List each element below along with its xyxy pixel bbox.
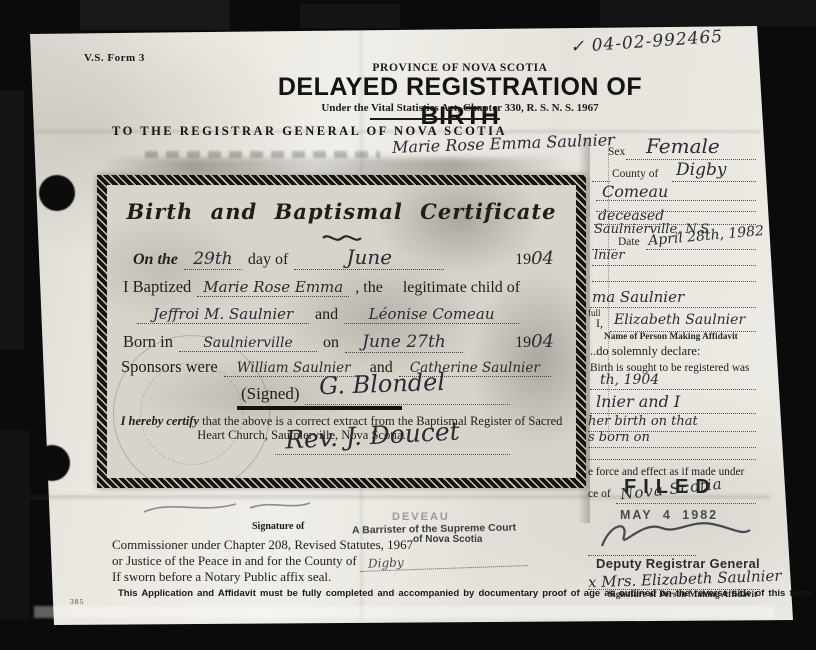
year-print: 19 [515,251,531,268]
document-subtitle: Under the Vital Statistics Act, Chapter … [240,102,680,114]
baptism-month-handwritten: June [294,245,444,270]
partial-name-1: lnier [594,248,625,263]
born-in-label: Born in [123,332,173,352]
title-rule [370,118,500,120]
scan-bed-patch [0,90,24,350]
justice-text: or Justice of the Peace in and for the C… [112,553,357,568]
partial-phrase-1: lnier and I [596,392,680,411]
year-1904-handwritten: th, 1904 [600,372,659,388]
signature-of-label: Signature of [252,521,304,532]
certificate-born-line: Born in Saulnierville on June 27th 1904 [107,331,576,353]
and-label: and [315,306,338,324]
signature-rule [237,406,402,410]
form-number: V.S. Form 3 [84,52,145,64]
signed-label: (Signed) [241,384,300,404]
empty-dotted-line [592,280,756,282]
on-the-label: On the [133,251,178,269]
scan-bed-patch [300,4,400,28]
certificate-date-line: On the 29th day of June 1904 [107,245,576,270]
commissioner-line: Commissioner under Chapter 208, Revised … [112,537,413,553]
baptized-label: I Baptized [123,277,191,297]
year-handwritten: 04 [531,248,554,269]
legitimate-child-label: legitimate child of [403,279,520,297]
date-label: Date [618,236,640,248]
certify-bold: I hereby certify [121,414,199,428]
child-name-handwritten: Marie Rose Emma [197,278,349,297]
barrister-stamp-name-partial: DEVEAU [392,511,450,523]
partial-phrase-2: her birth on that [588,414,698,429]
footer-instruction: This Application and Affidavit must be f… [118,588,788,599]
affiant-name-handwritten: Elizabeth Saulnier [614,312,745,328]
birth-place-handwritten: Saulnierville [179,335,317,352]
on-label: on [323,334,339,352]
i-label: I, [596,316,603,331]
punch-hole-top [39,175,75,211]
partial-phrase-3: s born on [588,430,650,445]
baptismal-certificate: Birth and Baptismal Certificate On the 2… [97,175,586,488]
sex-label: Sex [608,146,625,158]
birth-year-handwritten: 04 [531,331,554,352]
page-number: 385 [70,597,84,606]
mother-name-handwritten: Léonise Comeau [344,305,519,324]
certificate-title: Birth and Baptismal Certificate [107,199,576,224]
county-label: County of [612,168,658,180]
birth-year-print: 19 [515,334,531,351]
sex-value-handwritten: Female [646,134,720,158]
ce-of-label: ce of [588,488,611,500]
punch-hole-bottom [34,445,70,481]
certificate-baptized-line: I Baptized Marie Rose Emma , the legitim… [107,277,576,297]
declare-text: ..do solemnly declare: [590,344,700,359]
county-value-handwritten: Digby [676,160,726,180]
notary-line: If sworn before a Notary Public affix se… [112,569,331,585]
empty-dotted-line [588,458,756,460]
priest-signature: G. Blondel [319,368,446,400]
affiant-name-sublabel: Name of Person Making Affidavit [604,332,738,342]
crossed-out-signature-scrawl [140,496,340,520]
deputy-registrar-signature [592,514,754,558]
scanned-document: V.S. Form 3 PROVINCE OF NOVA SCOTIA DELA… [0,0,816,650]
certificate-parents-line: Jeffroi M. Saulnier and Léonise Comeau [107,305,576,324]
scan-bed-patch [80,0,230,30]
comma-the-label: , the [355,279,383,297]
barrister-stamp-line2: of Nova Scotia [413,534,482,545]
birth-date-handwritten: June 27th [345,332,463,353]
form-right-column: Sex Female County of Digby Comeau deceas… [588,136,764,606]
day-of-label: day of [248,251,288,269]
scan-bed-patch [600,0,816,26]
justice-line: or Justice of the Peace in and for the C… [112,553,528,569]
justice-county-handwritten: Digby [360,551,528,572]
father-name-handwritten: Jeffroi M. Saulnier [137,305,309,324]
partial-name-2: ma Saulnier [592,288,684,306]
scan-bed-patch [0,430,30,620]
baptism-day-handwritten: 29th [184,249,242,270]
